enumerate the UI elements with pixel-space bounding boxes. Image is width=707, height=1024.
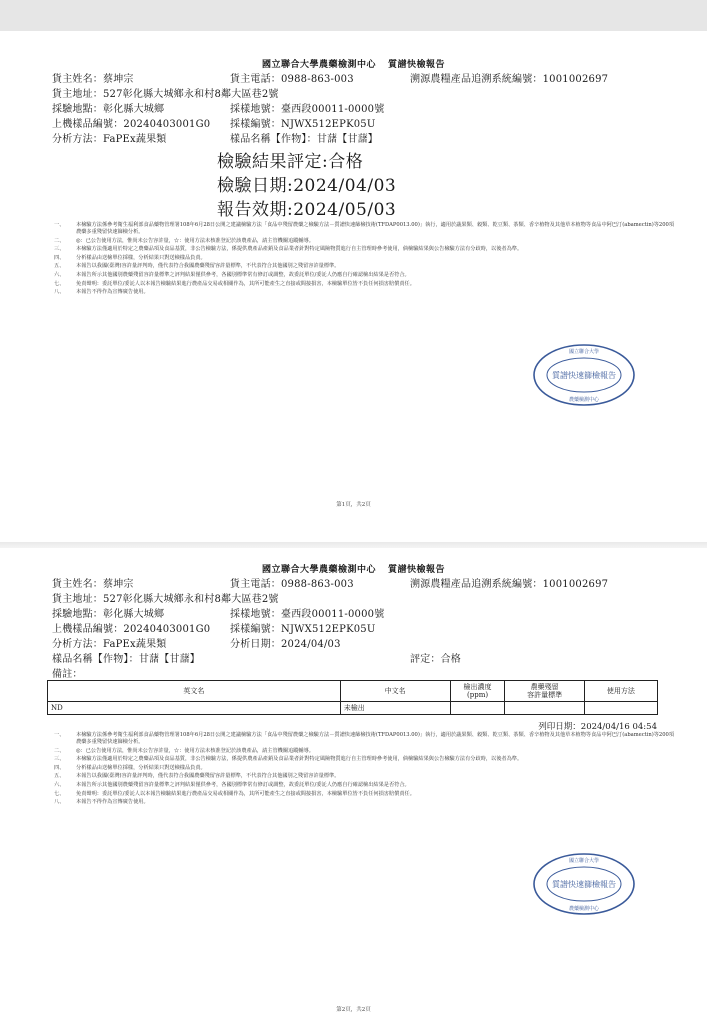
trace-number-field: 溯源農糧產品追溯系統編號：1001002697 <box>410 70 608 85</box>
sample-name-field: 樣品名稱【作物】：甘藷【甘藷】 <box>52 650 200 665</box>
seal-icon: 質譜快速篩檢報告 國立聯合大學 農藥檢測中心 <box>530 341 638 409</box>
owner-phone-field: 貨主電話：0988-863-003 <box>230 70 354 85</box>
org-name: 國立聯合大學農藥檢測中心 <box>262 60 376 70</box>
verdict-field: 評定：合格 <box>410 650 461 665</box>
owner-address-field: 貨主地址：527彰化縣大城鄉永和村8鄰大區巷2號 <box>52 85 279 100</box>
table-row: ND未檢出 <box>48 702 658 715</box>
note-item: 一、本檢驗方法係參考衛生福利部食品藥物管理署108年6月28日公開之建議檢驗方法… <box>54 222 674 236</box>
report-title: 國立聯合大學農藥檢測中心質譜快檢報告 <box>0 57 707 70</box>
note-item: 七、免責聲明：委託單位/委託人以本報告檢驗結果進行農產品交易或相關作為，其所可能… <box>54 281 674 288</box>
test-date: 檢驗日期:2024/04/03 <box>217 171 396 196</box>
sample-site-field: 採驗地點：彰化縣大城鄉 <box>52 100 164 115</box>
owner-phone-field: 貨主電話：0988-863-003 <box>230 575 354 590</box>
doc-type: 質譜快檢報告 <box>388 60 445 70</box>
note-item: 四、分析樣品由送檢單位採樣，分析結果只對送檢樣品負責。 <box>54 765 674 772</box>
note-item: 三、本檢驗方法僅適用於特定之農藥品項及食品基質，非公告檢驗方法，係提供農產品產銷… <box>54 756 674 763</box>
land-number-field: 採樣地號：臺西段00011-0000號 <box>230 605 384 620</box>
remark-field: 備註： <box>52 665 83 680</box>
report-title: 國立聯合大學農藥檢測中心質譜快檢報告 <box>0 562 707 575</box>
table-header: 使用方法 <box>584 681 657 702</box>
machine-sample-no-field: 上機樣品編號：20240403001G0 <box>52 115 210 130</box>
result-verdict: 檢驗結果評定:合格 <box>217 147 363 172</box>
report-page-2: 國立聯合大學農藥檢測中心質譜快檢報告 貨主姓名：蔡坤宗 貨主電話：0988-86… <box>0 548 707 1024</box>
land-number-field: 採樣地號：臺西段00011-0000號 <box>230 100 384 115</box>
owner-name-field: 貨主姓名：蔡坤宗 <box>52 70 134 85</box>
note-item: 八、本報告不得作為宣傳廣告使用。 <box>54 799 674 806</box>
page-number: 第2頁，共2頁 <box>0 1005 707 1013</box>
table-header: 農藥殘留容許量標準 <box>505 681 584 702</box>
svg-text:農藥檢測中心: 農藥檢測中心 <box>569 396 600 403</box>
print-date: 列印日期：2024/04/16 04:54 <box>538 720 657 732</box>
seal-icon: 質譜快速篩檢報告 國立聯合大學 農藥檢測中心 <box>530 850 638 918</box>
table-header: 檢出濃度(ppm) <box>450 681 505 702</box>
sample-code-field: 採樣編號：NJWX512EPK05U <box>230 620 376 635</box>
sample-name-field: 樣品名稱【作物】：甘藷【甘藷】 <box>230 130 378 145</box>
seal-stamp: 質譜快速篩檢報告 國立聯合大學 農藥檢測中心 <box>530 850 638 918</box>
note-item: 二、◎：已公告使用方法，惟尚未公告容許量，☆：使用方法未核准登記於該農產品，請主… <box>54 748 674 755</box>
note-item: 八、本報告不得作為宣傳廣告使用。 <box>54 289 674 296</box>
note-item: 六、本報告所示其他國別農藥殘留容許量標準之評判結果僅供參考，各國別標準常有修訂或… <box>54 782 674 789</box>
svg-text:質譜快速篩檢報告: 質譜快速篩檢報告 <box>552 370 616 380</box>
results-table: 英文名中文名檢出濃度(ppm)農藥殘留容許量標準使用方法 ND未檢出 <box>47 680 658 715</box>
svg-text:國立聯合大學: 國立聯合大學 <box>569 857 599 864</box>
note-item: 五、本報告以我國(臺灣)容許量評判時，僅代表符合我國農藥殘留容許量標準，不代表符… <box>54 263 674 270</box>
report-validity: 報告效期:2024/05/03 <box>217 195 396 220</box>
page-number: 第1頁，共2頁 <box>0 500 707 508</box>
svg-text:農藥檢測中心: 農藥檢測中心 <box>569 905 600 912</box>
trace-number-field: 溯源農糧產品追溯系統編號：1001002697 <box>410 575 608 590</box>
viewer-top-bar <box>0 0 707 31</box>
note-item: 四、分析樣品由送檢單位採樣，分析結果只對送檢樣品負責。 <box>54 255 674 262</box>
note-item: 五、本報告以我國(臺灣)容許量評判時，僅代表符合我國農藥殘留容許量標準，不代表符… <box>54 773 674 780</box>
notes-list: 一、本檢驗方法係參考衛生福利部食品藥物管理署108年6月28日公開之建議檢驗方法… <box>54 732 674 808</box>
sample-site-field: 採驗地點：彰化縣大城鄉 <box>52 605 164 620</box>
note-item: 六、本報告所示其他國別農藥殘留容許量標準之評判結果僅供參考，各國別標準常有修訂或… <box>54 272 674 279</box>
note-item: 二、◎：已公告使用方法，惟尚未公告容許量，☆：使用方法未核准登記於該農產品，請主… <box>54 238 674 245</box>
note-item: 一、本檢驗方法係參考衛生福利部食品藥物管理署108年6月28日公開之建議檢驗方法… <box>54 732 674 746</box>
owner-address-field: 貨主地址：527彰化縣大城鄉永和村8鄰大區巷2號 <box>52 590 279 605</box>
machine-sample-no-field: 上機樣品編號：20240403001G0 <box>52 620 210 635</box>
owner-name-field: 貨主姓名：蔡坤宗 <box>52 575 134 590</box>
method-field: 分析方法：FaPEx蔬果類 <box>52 635 167 650</box>
seal-stamp: 質譜快速篩檢報告 國立聯合大學 農藥檢測中心 <box>530 341 638 409</box>
table-header: 英文名 <box>48 681 341 702</box>
method-field: 分析方法：FaPEx蔬果類 <box>52 130 167 145</box>
report-page-1: 國立聯合大學農藥檢測中心質譜快檢報告 貨主姓名：蔡坤宗 貨主電話：0988-86… <box>0 31 707 542</box>
note-item: 三、本檢驗方法僅適用於特定之農藥品項及食品基質，非公告檢驗方法，係提供農產品產銷… <box>54 246 674 253</box>
note-item: 七、免責聲明：委託單位/委託人以本報告檢驗結果進行農產品交易或相關作為，其所可能… <box>54 791 674 798</box>
svg-text:質譜快速篩檢報告: 質譜快速篩檢報告 <box>552 879 616 889</box>
svg-text:國立聯合大學: 國立聯合大學 <box>569 348 599 355</box>
table-header: 中文名 <box>340 681 450 702</box>
analysis-date-field: 分析日期：2024/04/03 <box>230 635 341 650</box>
sample-code-field: 採樣編號：NJWX512EPK05U <box>230 115 376 130</box>
notes-list: 一、本檢驗方法係參考衛生福利部食品藥物管理署108年6月28日公開之建議檢驗方法… <box>54 222 674 298</box>
